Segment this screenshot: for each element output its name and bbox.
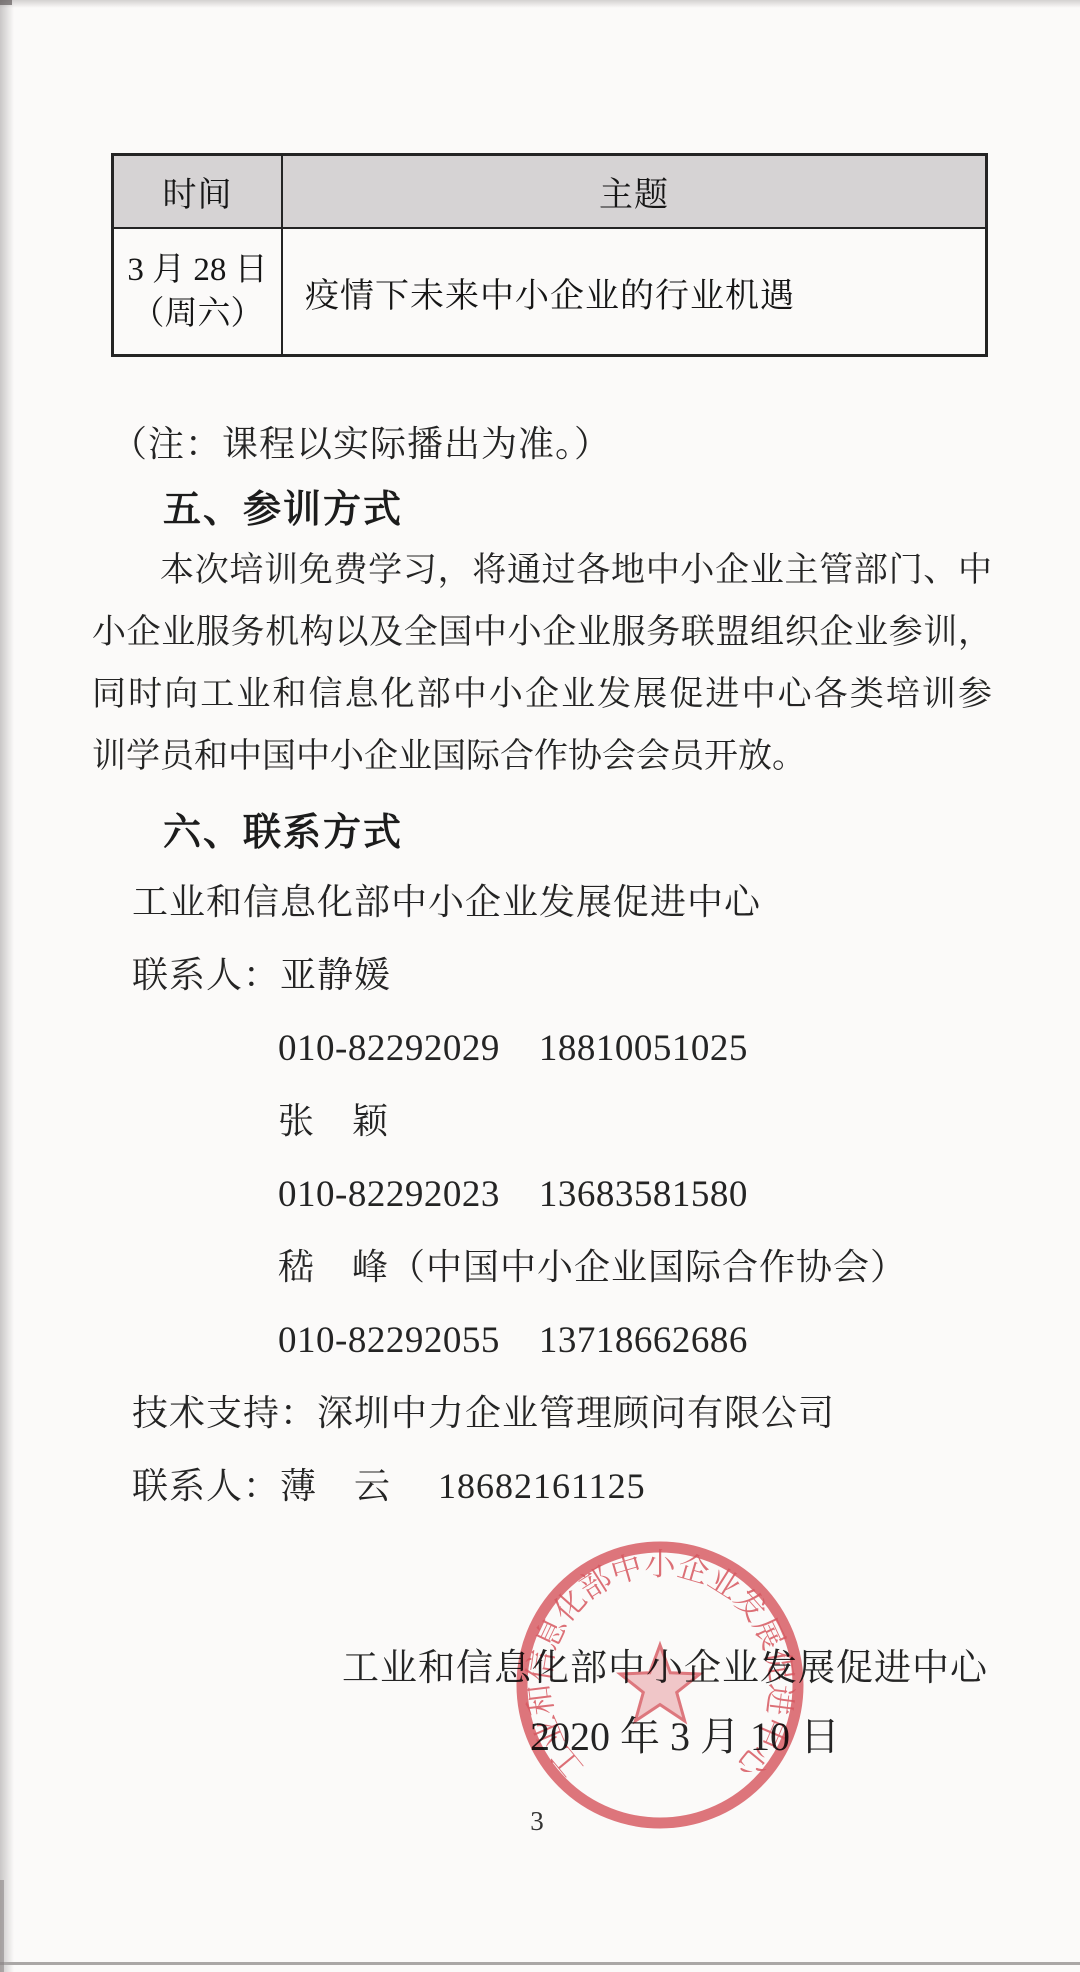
schedule-note: （注：课程以实际播出为准。） (111, 416, 611, 467)
seal-star-icon (620, 1645, 700, 1721)
header-cell-topic: 主题 (283, 156, 985, 227)
cell-topic: 疫情下未来中小企业的行业机遇 (283, 229, 985, 355)
contact-person-1: 联系人：亚静媛 (132, 939, 1012, 1012)
paragraph-line: 本次培训免费学习，将通过各地中小企业主管部门、中 (92, 540, 992, 602)
contact-person-4: 联系人：薄 云 18682161125 (132, 1450, 1012, 1523)
scan-edge-bottom (0, 1962, 1080, 1965)
scanned-document-page: 时间 主题 3 月 28 日 （周六） 疫情下未来中小企业的行业机遇 （注：课程… (0, 0, 1080, 1972)
header-cell-time: 时间 (114, 156, 283, 227)
schedule-table: 时间 主题 3 月 28 日 （周六） 疫情下未来中小企业的行业机遇 (111, 153, 988, 357)
section5-heading: 五、参训方式 (163, 478, 403, 533)
topic-text: 疫情下未来中小企业的行业机遇 (283, 268, 795, 317)
weekday-text: （周六） (132, 292, 264, 336)
paragraph-line: 小企业服务机构以及全国中小企业服务联盟组织企业参训， (92, 602, 992, 664)
paragraph-line: 训学员和中国中小企业国际合作协会会员开放。 (92, 726, 992, 788)
section5-paragraph: 本次培训免费学习，将通过各地中小企业主管部门、中 小企业服务机构以及全国中小企业… (92, 540, 992, 788)
contact-phones-3: 010-82292055 13718662686 (132, 1304, 1012, 1377)
schedule-table-header-row: 时间 主题 (114, 156, 985, 229)
contact-org: 工业和信息化部中小企业发展促进中心 (132, 866, 1012, 939)
tech-support: 技术支持：深圳中力企业管理顾问有限公司 (132, 1377, 1012, 1450)
contact-phones-2: 010-82292023 13683581580 (132, 1158, 1012, 1231)
contact-person-2: 张 颖 (132, 1085, 1012, 1158)
scan-corner-mark-top (0, 0, 12, 5)
header-topic-label: 主题 (599, 167, 669, 216)
schedule-table-row: 3 月 28 日 （周六） 疫情下未来中小企业的行业机遇 (114, 229, 985, 355)
scan-edge-left (0, 0, 14, 1972)
date-text: 3 月 28 日 (127, 248, 267, 292)
paragraph-line: 同时向工业和信息化部中小企业发展促进中心各类培训参 (92, 664, 992, 726)
cell-date: 3 月 28 日 （周六） (114, 229, 283, 355)
scan-edge-top (0, 0, 1080, 8)
contact-list: 工业和信息化部中小企业发展促进中心 联系人：亚静媛 010-82292029 1… (132, 866, 1012, 1523)
contact-person-3: 嵇 峰（中国中小企业国际合作协会） (132, 1231, 1012, 1304)
header-time-label: 时间 (163, 167, 233, 216)
scan-corner-mark-bottom (0, 1880, 4, 1972)
contact-phones-1: 010-82292029 18810051025 (132, 1012, 1012, 1085)
official-seal-stamp: 工业和信息化部中小企业发展促进中心 (510, 1535, 810, 1835)
section6-heading: 六、联系方式 (163, 801, 403, 856)
